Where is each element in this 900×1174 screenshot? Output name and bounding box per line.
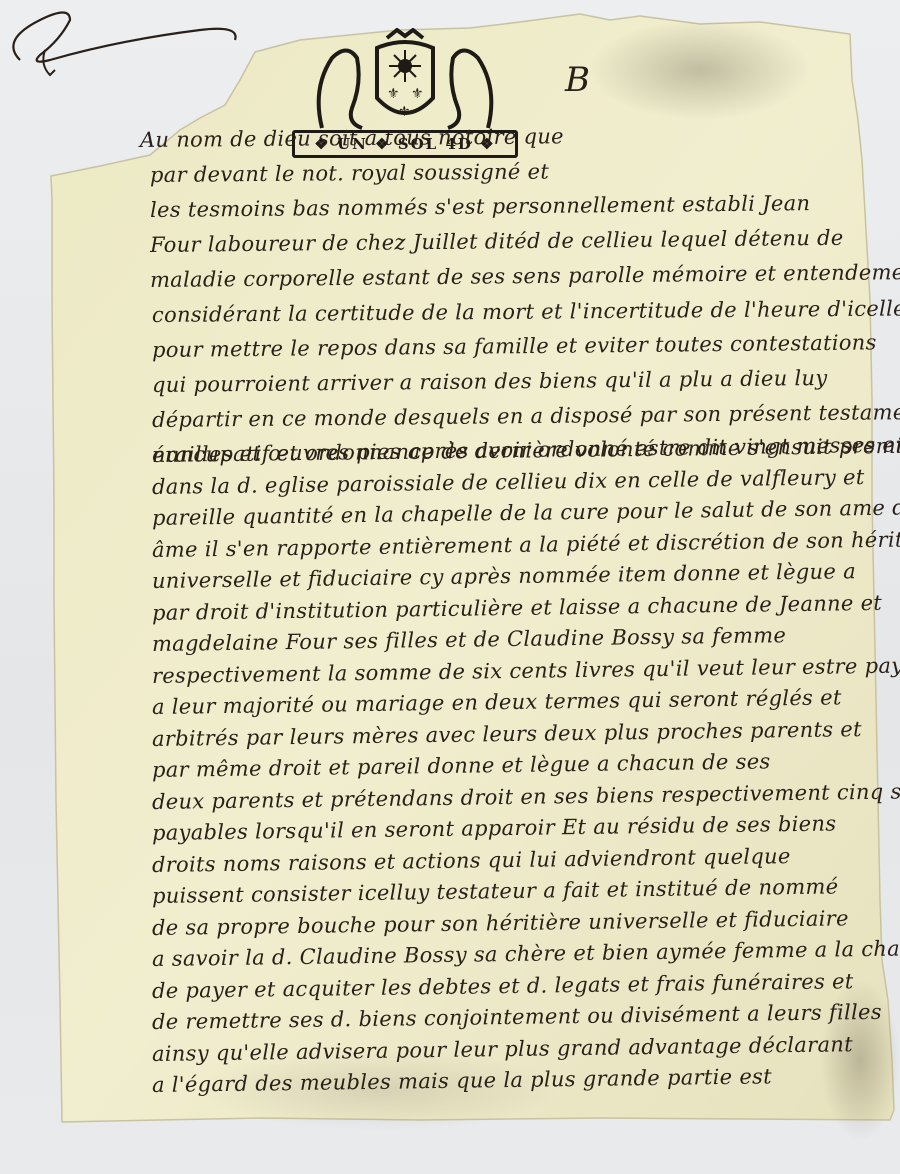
svg-text:⚜: ⚜ (387, 86, 400, 102)
manuscript-page: ⚜ ⚜ ⚜ ❖ UN ❖ SOL 4D ❖ B Au nom de dieu s… (0, 0, 900, 1174)
handwritten-line: Au nom de dieu soit a tous notoire que (140, 124, 564, 152)
svg-text:⚜: ⚜ (398, 104, 411, 120)
svg-text:⚜: ⚜ (411, 86, 424, 102)
header-mark: B (565, 60, 590, 100)
coat-of-arms-icon: ⚜ ⚜ ⚜ (292, 28, 518, 138)
handwritten-line: par devant le not. royal soussigné et (150, 160, 549, 187)
signature-flourish (0, 0, 260, 80)
